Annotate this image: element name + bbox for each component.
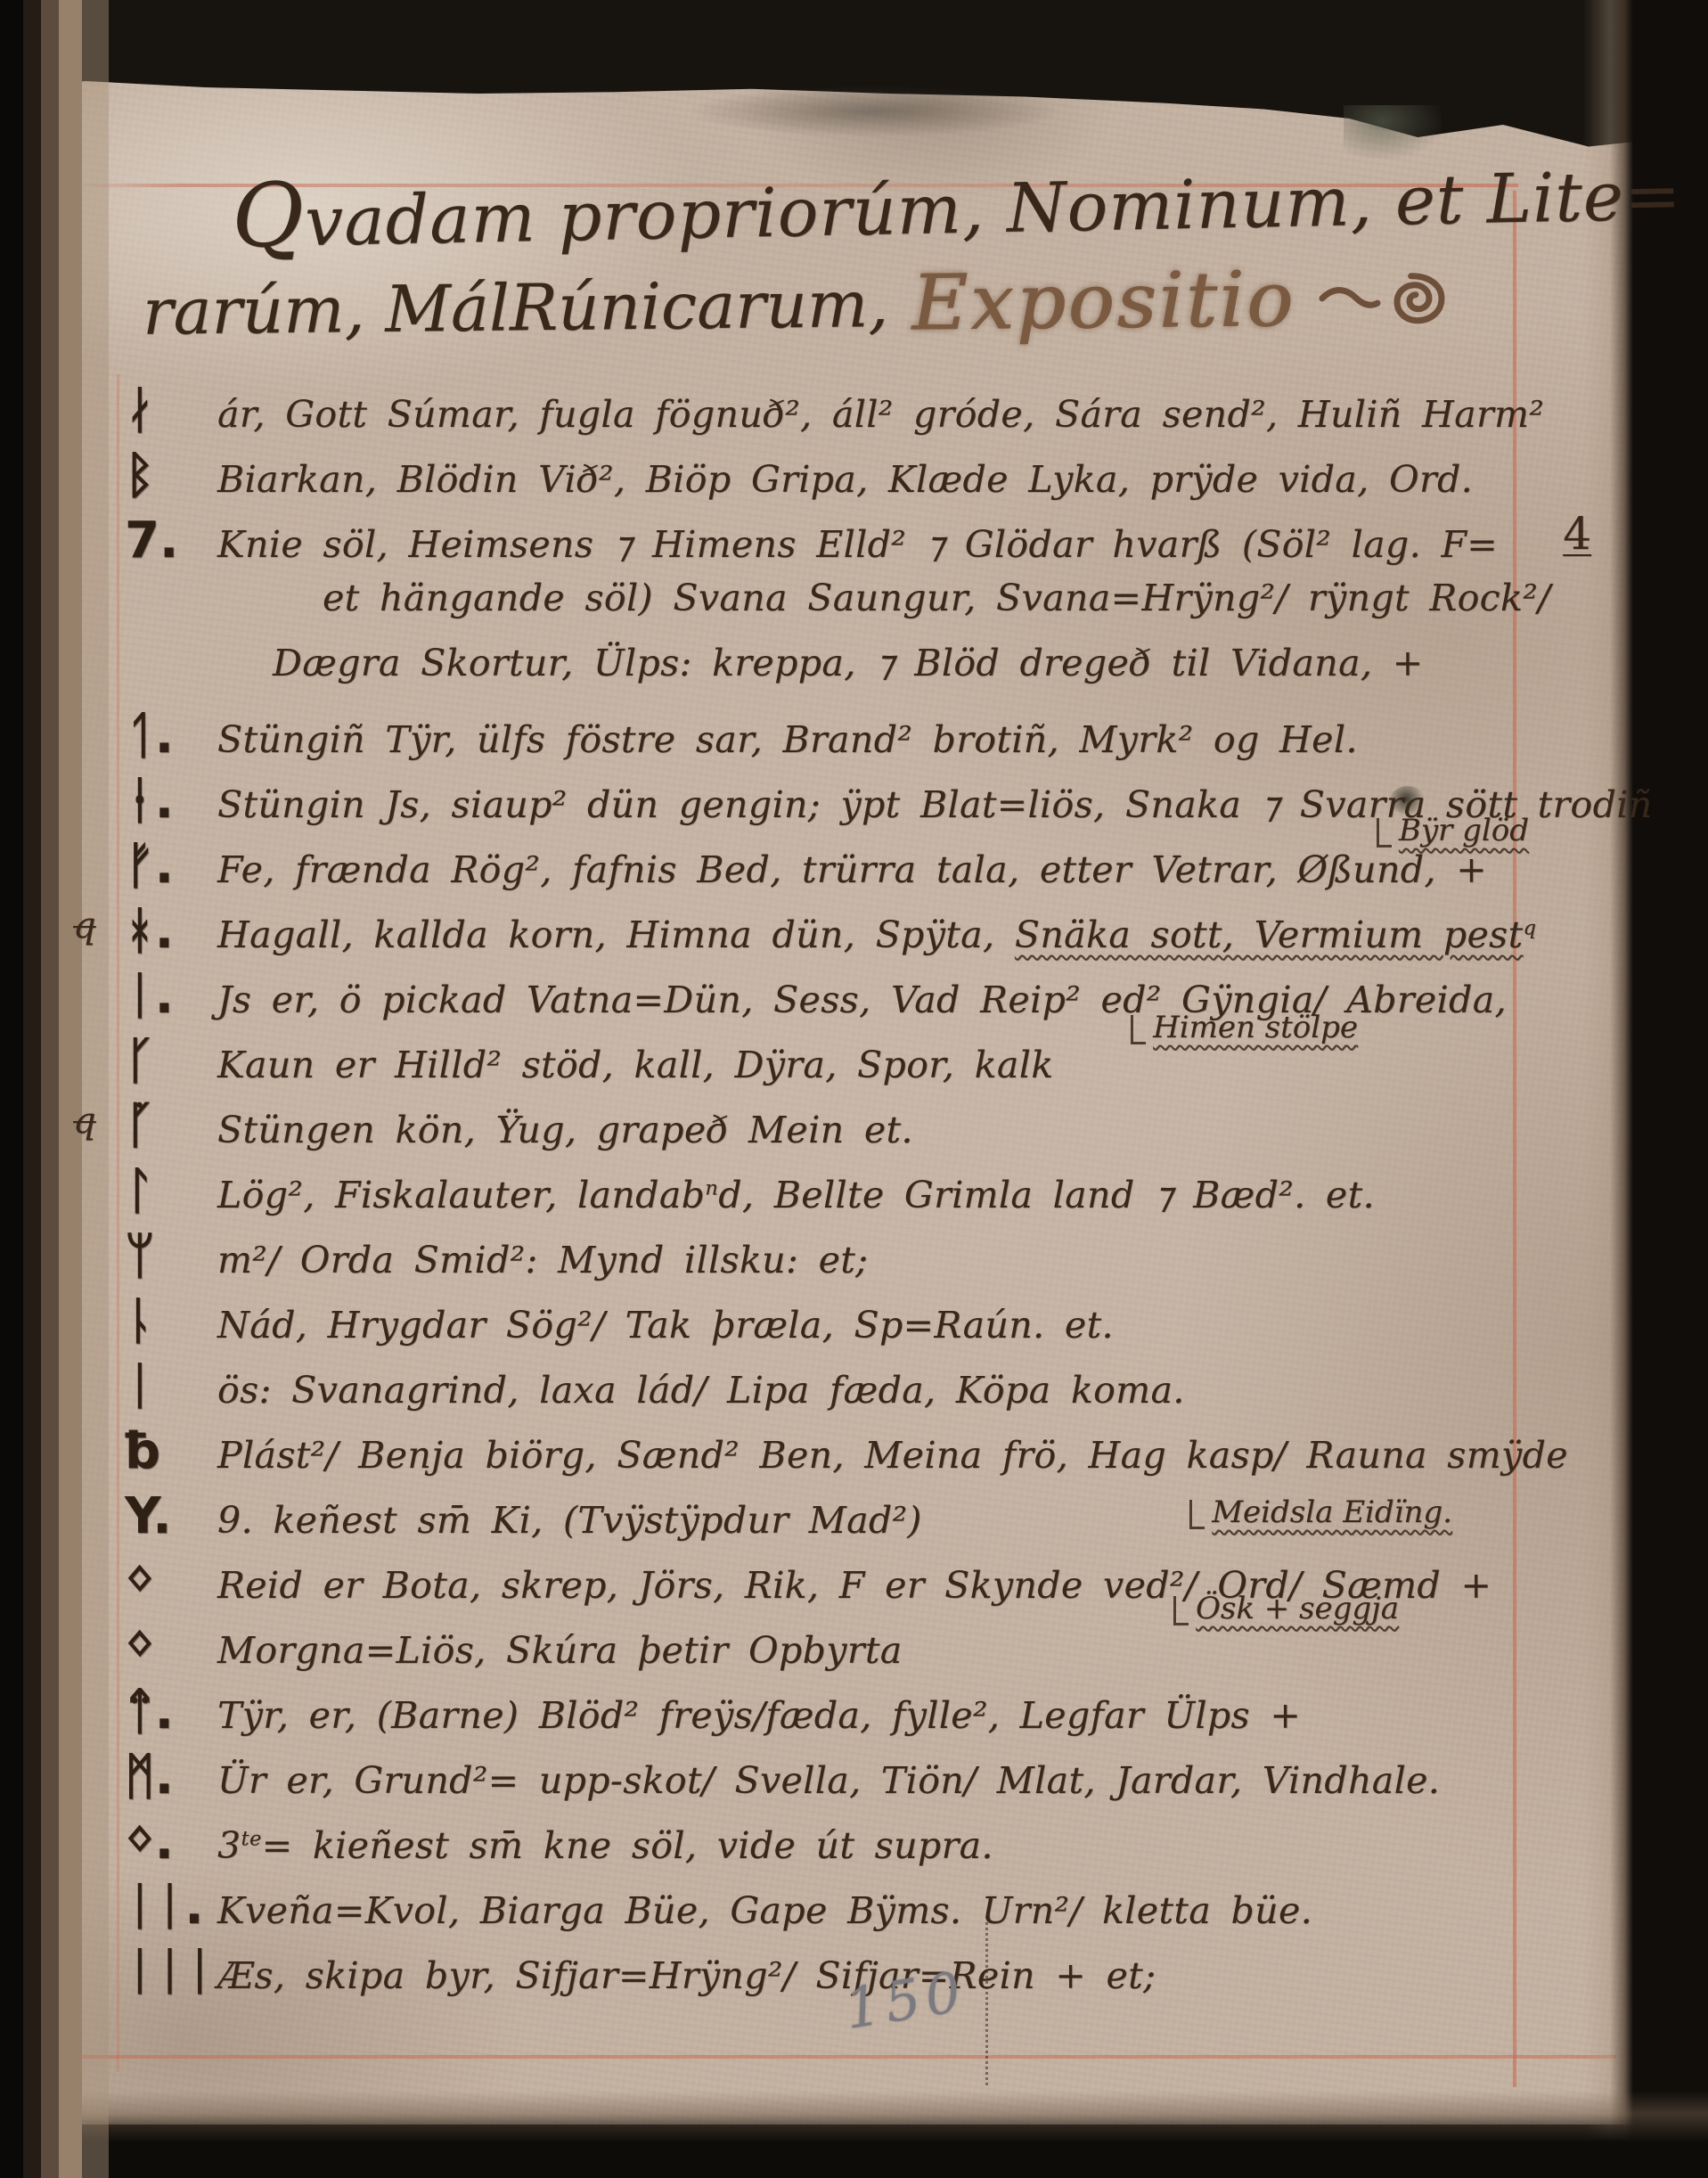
kne-sol-rune-glyph: 7. bbox=[125, 512, 217, 569]
rune-entry: ᛗ.Ür er, Grund²= upp-skot/ Svella, Tiön/… bbox=[125, 1748, 1515, 1813]
tvimadur-rune-glyph: ᛁᛁ. bbox=[125, 1878, 217, 1936]
entry-text-segment: Stüngiñ Tÿr, ülfs föstre sar, Brand² bro… bbox=[217, 718, 1358, 761]
scan-right-edge bbox=[1583, 0, 1708, 2178]
rune-entry: et hängande söl) Svana Saungur, Svana=Hr… bbox=[125, 577, 1515, 642]
entry-text-segment: 3 bbox=[217, 1824, 241, 1867]
margin-annotation: Meidsla Eidïng. bbox=[1189, 1493, 1452, 1530]
title-line-2-prefix: rarúm, MálRúnicarum, bbox=[143, 266, 889, 349]
ing-rune-glyph: ᛜ. bbox=[125, 1813, 217, 1871]
entry-text: m²/ Orda Smid²: Mynd illsku: et; bbox=[217, 1239, 868, 1281]
margin-annotation: 4 bbox=[1563, 508, 1591, 560]
entry-text-segment: Stüngen kön, Ÿug, grapeð Mein et. bbox=[217, 1109, 913, 1151]
rune-entry-list: ᛅár, Gott Súmar, fugla fögnuð², áll² gró… bbox=[125, 381, 1515, 2008]
fe-rune-glyph: ᚠ. bbox=[125, 837, 217, 895]
entry-text-segment: Lög², Fiskalauter, landab bbox=[217, 1174, 705, 1216]
entry-text: Lög², Fiskalauter, landabnd, Bellte Grim… bbox=[217, 1174, 1375, 1216]
entry-text-segment: m²/ Orda Smid²: Mynd illsku: et; bbox=[217, 1239, 868, 1281]
rune-entry: ᛒBiarkan, Blödin Við², Biöp Gripa, Klæde… bbox=[125, 446, 1515, 512]
rune-entry: ƀPlást²/ Benja biörg, Sænd² Ben, Meina f… bbox=[125, 1422, 1515, 1487]
rune-entry: ᛁᛁᛁÆs, skipa byr, Sifjar=Hrÿng²/ Sifjar=… bbox=[125, 1943, 1515, 2008]
margin-annotation: Ösk + seggja bbox=[1173, 1589, 1399, 1626]
plastur-rune-glyph: ƀ bbox=[125, 1422, 217, 1480]
entry-text-segment: Tÿr, er, (Barne) Blöd² freÿs/fæda, fylle… bbox=[217, 1694, 1301, 1737]
entry-text: Stüngen kön, Ÿug, grapeð Mein et. bbox=[217, 1109, 913, 1151]
manuscript-scan: Qvadam propriorúm, Nominum, et Lite= rar… bbox=[0, 0, 1708, 2178]
kaun-rune-glyph: ᚴ bbox=[125, 1032, 217, 1090]
stunginn-kaun-rune-glyph: ᚵ bbox=[125, 1097, 217, 1155]
hagall-rune-glyph: ᚼ. bbox=[125, 902, 217, 960]
entry-text: Ür er, Grund²= upp-skot/ Svella, Tiön/ M… bbox=[217, 1759, 1440, 1802]
rune-entry: ᛏ̈.Tÿr, er, (Barne) Blöd² freÿs/fæda, fy… bbox=[125, 1683, 1515, 1748]
rune-entry: ᛁ.Js er, ö pickad Vatna=Dün, Sess, Vad R… bbox=[125, 967, 1515, 1032]
rune-entry: qᚵStüngen kön, Ÿug, grapeð Mein et. bbox=[125, 1097, 1515, 1162]
entry-text-segment: Kveña=Kvol, Biarga Büe, Gape Bÿms. Urn²/… bbox=[217, 1889, 1312, 1932]
entry-text-segment: Æs, skipa byr, Sifjar=Hrÿng²/ Sifjar=Rei… bbox=[217, 1954, 1156, 1997]
madr-rune-glyph: ᛘ bbox=[125, 1227, 217, 1285]
rune-entry: qᚼ.Hagall, kallda korn, Himna dün, Spÿta… bbox=[125, 902, 1515, 967]
entry-text: 3te= kieñest sm̄ kne söl, vide út supra. bbox=[217, 1824, 993, 1867]
entry-text-segment: Biarkan, Blödin Við², Biöp Gripa, Klæde … bbox=[217, 458, 1473, 501]
bjarkan-rune-glyph: ᛒ bbox=[125, 446, 217, 504]
tyr-rune-glyph: ᛏ̈. bbox=[125, 1683, 217, 1740]
left-margin-mark: q bbox=[73, 1101, 96, 1142]
entry-text-segment: ös: Svanagrind, laxa lád/ Lipa fæda, Köp… bbox=[217, 1369, 1185, 1412]
entry-text: Plást²/ Benja biörg, Sænd² Ben, Meina fr… bbox=[217, 1434, 1568, 1477]
scan-bottom-edge bbox=[0, 2091, 1708, 2178]
rune-entry: ᛐ.Stüngiñ Tÿr, ülfs föstre sar, Brand² b… bbox=[125, 707, 1515, 772]
entry-text-segment: n bbox=[705, 1176, 718, 1200]
title-line-2: rarúm, MálRúnicarum, Expositio bbox=[143, 253, 1453, 356]
smudge-stain bbox=[686, 86, 1060, 137]
rune-entry: 7.Knie söl, Heimsens ⁊ Himens Elld² ⁊ Gl… bbox=[125, 512, 1515, 577]
entry-text-segment: Snäka sott, Vermium pest bbox=[1015, 913, 1524, 956]
entry-text: ár, Gott Súmar, fugla fögnuð², áll² gród… bbox=[217, 393, 1544, 436]
rune-entry: ᛁᛁ.Kveña=Kvol, Biarga Büe, Gape Bÿms. Ur… bbox=[125, 1878, 1515, 1943]
rune-entry: Y.9. keñest sm̄ Ki, (Tvÿstÿpdur Mad²)Mei… bbox=[125, 1487, 1515, 1552]
entry-text: Morgna=Liös, Skúra þetir Opbyrta bbox=[217, 1629, 903, 1672]
rune-entry: ᛁös: Svanagrind, laxa lád/ Lipa fæda, Kö… bbox=[125, 1357, 1515, 1422]
rune-entry: ᛜMorgna=Liös, Skúra þetir OpbyrtaÖsk + s… bbox=[125, 1617, 1515, 1683]
entry-text: Tÿr, er, (Barne) Blöd² freÿs/fæda, fylle… bbox=[217, 1694, 1301, 1737]
entry-text: Hagall, kallda korn, Himna dün, Spÿta, S… bbox=[217, 913, 1536, 956]
entry-text-segment: ár, Gott Súmar, fugla fögnuð², áll² gród… bbox=[217, 393, 1544, 436]
entry-text: Æs, skipa byr, Sifjar=Hrÿng²/ Sifjar=Rei… bbox=[217, 1954, 1156, 1997]
red-rule-bottom bbox=[75, 2055, 1616, 2059]
entry-text-segment: Fe, frænda Rög², fafnis Bed, trürra tala… bbox=[217, 848, 1487, 891]
entry-text-segment: q bbox=[1524, 916, 1537, 939]
title-expositio: Expositio bbox=[911, 255, 1296, 348]
entry-text: Dægra Skortur, Ülps: kreppa, ⁊ Blöd dreg… bbox=[273, 642, 1424, 684]
entry-text: Knie söl, Heimsens ⁊ Himens Elld² ⁊ Glöd… bbox=[217, 523, 1498, 566]
entry-text: Biarkan, Blödin Við², Biöp Gripa, Klæde … bbox=[217, 458, 1473, 501]
thrimadur-rune-glyph: ᛁᛁᛁ bbox=[125, 1943, 217, 2001]
entry-text-segment: Ür er, Grund²= upp-skot/ Svella, Tiön/ M… bbox=[217, 1759, 1440, 1802]
entry-text-segment: Kaun er Hilld² stöd, kall, Dÿra, Spor, k… bbox=[217, 1044, 1053, 1086]
left-margin-mark: q bbox=[73, 905, 96, 946]
entry-text-segment: = kieñest sm̄ kne söl, vide út supra. bbox=[262, 1824, 993, 1867]
rune-entry: ᛜ.3te= kieñest sm̄ kne söl, vide út supr… bbox=[125, 1813, 1515, 1878]
entry-text: 9. keñest sm̄ Ki, (Tvÿstÿpdur Mad²) bbox=[217, 1499, 922, 1542]
entry-text: Fe, frænda Rög², fafnis Bed, trürra tala… bbox=[217, 848, 1487, 891]
entry-text: Nád, Hrygdar Sög²/ Tak þræla, Sp=Raún. e… bbox=[217, 1304, 1114, 1347]
rune-entry: Dægra Skortur, Ülps: kreppa, ⁊ Blöd dreg… bbox=[125, 642, 1515, 707]
entry-text: Kveña=Kvol, Biarga Büe, Gape Bÿms. Urn²/… bbox=[217, 1889, 1312, 1932]
sol-rune-glyph: ᛜ bbox=[125, 1617, 217, 1675]
rune-entry: ᚠ.Fe, frænda Rög², fafnis Bed, trürra ta… bbox=[125, 837, 1515, 902]
reid-rune-glyph: ᛜ bbox=[125, 1552, 217, 1610]
naud-rune-glyph: ᚿ bbox=[125, 1292, 217, 1350]
yr-rune-glyph: Y. bbox=[125, 1487, 217, 1545]
rune-entry: ᚿNád, Hrygdar Sög²/ Tak þræla, Sp=Raún. … bbox=[125, 1292, 1515, 1357]
entry-text-segment: Morgna=Liös, Skúra þetir Opbyrta bbox=[217, 1629, 903, 1672]
rune-entry: ᚴKaun er Hilld² stöd, kall, Dÿra, Spor, … bbox=[125, 1032, 1515, 1097]
entry-text: Kaun er Hilld² stöd, kall, Dÿra, Spor, k… bbox=[217, 1044, 1053, 1086]
rune-entry: ᛅár, Gott Súmar, fugla fögnuð², áll² gró… bbox=[125, 381, 1515, 446]
entry-text: ös: Svanagrind, laxa lád/ Lipa fæda, Köp… bbox=[217, 1369, 1185, 1412]
entry-text-segment: et hängande söl) Svana Saungur, Svana=Hr… bbox=[323, 577, 1550, 619]
entry-text-segment: Knie söl, Heimsens ⁊ Himens Elld² ⁊ Glöd… bbox=[217, 523, 1498, 566]
entry-text-segment: 9. keñest sm̄ Ki, (Tvÿstÿpdur Mad²) bbox=[217, 1499, 922, 1542]
rune-entry: ᛂ.Stüngin Js, siaup² dün gengin; ÿpt Bla… bbox=[125, 772, 1515, 837]
oss-rune-glyph: ᛁ bbox=[125, 1357, 217, 1415]
ur-rune-glyph: ᛗ. bbox=[125, 1748, 217, 1805]
rune-entry: ᛚLög², Fiskalauter, landabnd, Bellte Gri… bbox=[125, 1162, 1515, 1227]
ar-rune-glyph: ᛅ bbox=[125, 381, 217, 439]
logr-rune-glyph: ᛚ bbox=[125, 1162, 217, 1220]
entry-text-segment: d, Bellte Grimla land ⁊ Bæd². et. bbox=[718, 1174, 1375, 1216]
entry-text-segment: te bbox=[241, 1827, 262, 1850]
spiral-flourish-icon bbox=[1318, 266, 1452, 331]
entry-text: et hängande söl) Svana Saungur, Svana=Hr… bbox=[323, 577, 1550, 619]
entry-text-segment: Nád, Hrygdar Sög²/ Tak þræla, Sp=Raún. e… bbox=[217, 1304, 1114, 1347]
entry-text: Stüngiñ Tÿr, ülfs föstre sar, Brand² bro… bbox=[217, 718, 1358, 761]
rune-entry: ᛘm²/ Orda Smid²: Mynd illsku: et; bbox=[125, 1227, 1515, 1292]
entry-text-segment: Dægra Skortur, Ülps: kreppa, ⁊ Blöd dreg… bbox=[273, 642, 1424, 684]
is-rune-glyph: ᛁ. bbox=[125, 967, 217, 1025]
stunginn-tyr-rune-glyph: ᛐ. bbox=[125, 707, 217, 765]
entry-text-segment: Hagall, kallda korn, Himna dün, Spÿta, bbox=[217, 913, 1015, 956]
entry-text-segment: Plást²/ Benja biörg, Sænd² Ben, Meina fr… bbox=[217, 1434, 1568, 1477]
stunginn-is-rune-glyph: ᛂ. bbox=[125, 772, 217, 830]
